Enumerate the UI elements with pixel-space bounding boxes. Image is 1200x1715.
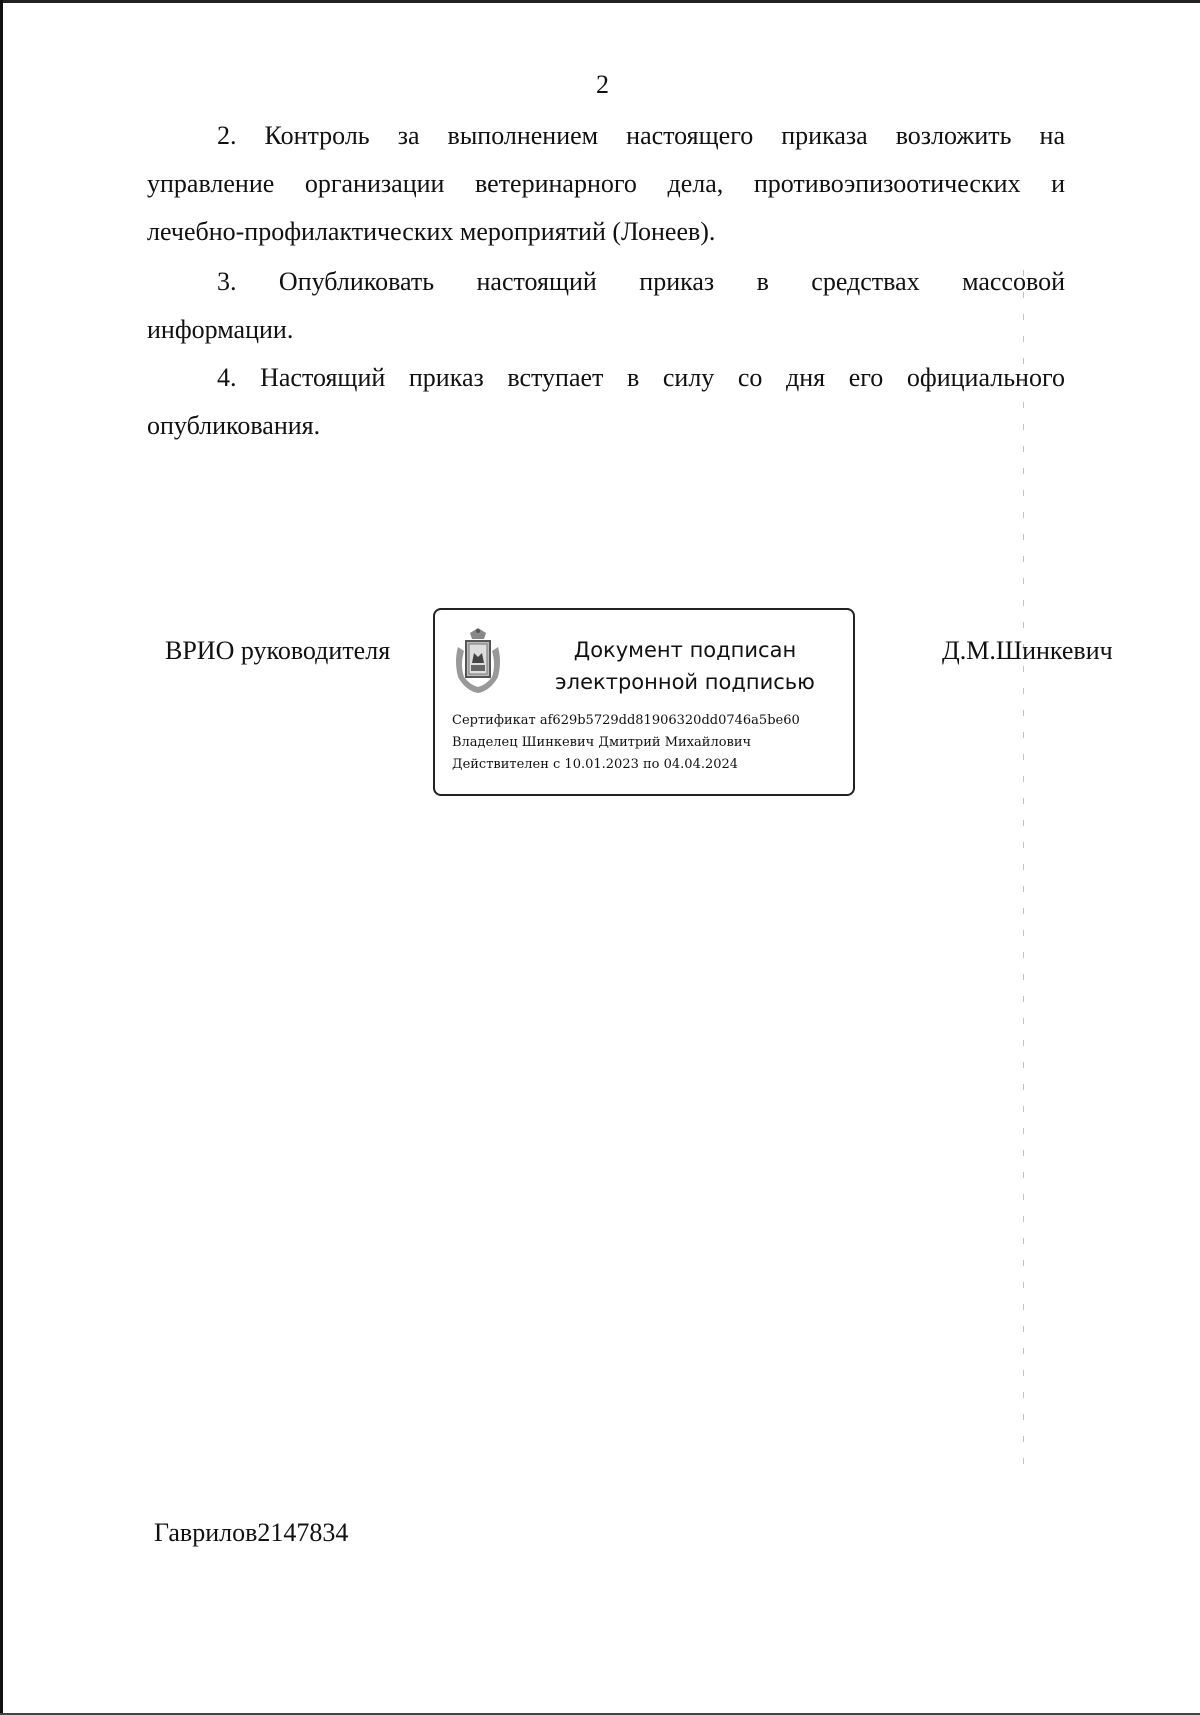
paragraph-line: опубликования.: [147, 402, 1065, 450]
paragraph-3: 3. Опубликовать настоящий приказ в средс…: [147, 258, 1065, 354]
paragraph-line: 2. Контроль за выполнением настоящего пр…: [147, 112, 1065, 160]
electronic-signature-stamp: Документ подписан электронной подписью С…: [433, 608, 855, 796]
page-number: 2: [596, 70, 609, 100]
scan-border-left: [0, 0, 3, 1715]
stamp-title-line2: электронной подписью: [535, 666, 835, 698]
scan-artifact-dashed-line: [1023, 270, 1024, 1470]
paragraph-line: 3. Опубликовать настоящий приказ в средс…: [147, 258, 1065, 306]
stamp-title-line1: Документ подписан: [535, 634, 835, 666]
paragraph-4: 4. Настоящий приказ вступает в силу со д…: [147, 354, 1065, 450]
stamp-details: Сертификат af629b5729dd81906320dd0746a5b…: [452, 710, 800, 776]
coat-of-arms-icon: [452, 627, 504, 695]
paragraph-line: информации.: [147, 306, 1065, 354]
signatory-role: ВРИО руководителя: [165, 636, 390, 666]
document-page: 2 2. Контроль за выполнением настоящего …: [0, 0, 1200, 1715]
scan-border-top: [0, 0, 1200, 3]
paragraph-line: 4. Настоящий приказ вступает в силу со д…: [147, 354, 1065, 402]
stamp-title: Документ подписан электронной подписью: [535, 634, 835, 698]
paragraph-line: лечебно-профилактических мероприятий (Ло…: [147, 208, 1065, 256]
signatory-name: Д.М.Шинкевич: [942, 636, 1113, 666]
stamp-validity: Действителен с 10.01.2023 по 04.04.2024: [452, 754, 800, 776]
executor-id: Гаврилов2147834: [154, 1518, 348, 1548]
paragraph-line: управление организации ветеринарного дел…: [147, 160, 1065, 208]
paragraph-2: 2. Контроль за выполнением настоящего пр…: [147, 112, 1065, 256]
stamp-owner: Владелец Шинкевич Дмитрий Михайлович: [452, 732, 800, 754]
stamp-certificate: Сертификат af629b5729dd81906320dd0746a5b…: [452, 710, 800, 732]
